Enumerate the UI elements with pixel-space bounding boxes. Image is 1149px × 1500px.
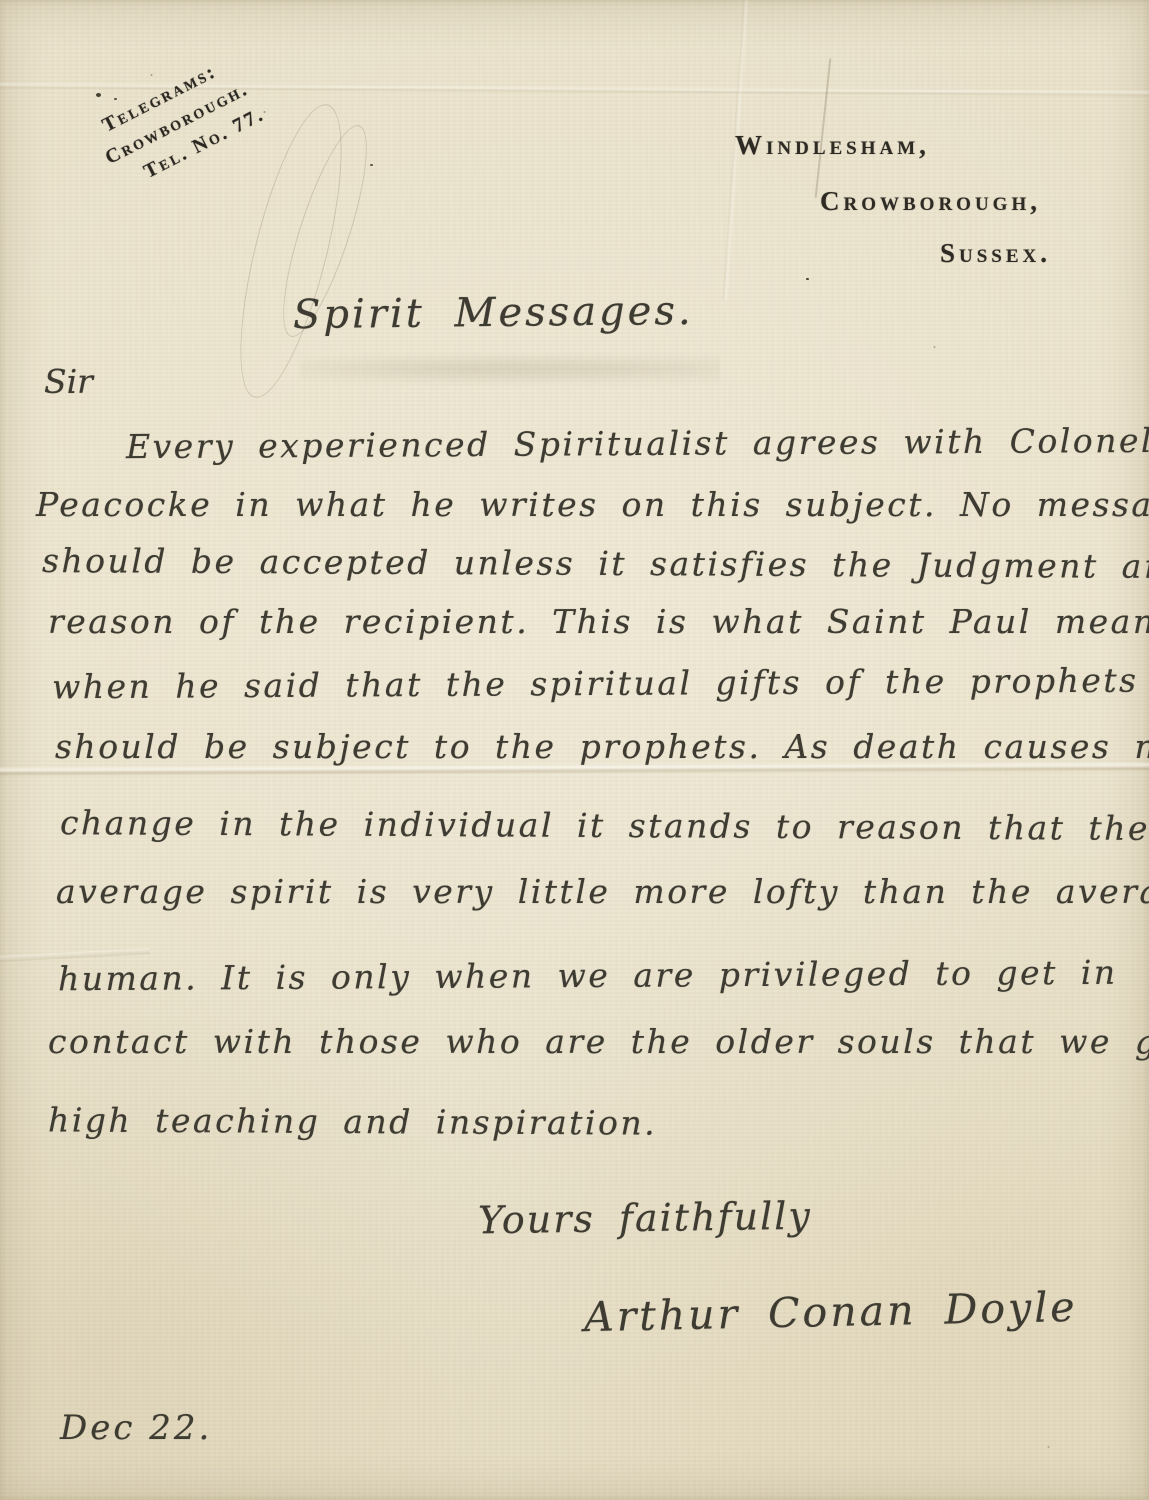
letter-body-line: high teaching and inspiration. bbox=[48, 1100, 657, 1142]
ink-flecks bbox=[96, 93, 101, 97]
telegrams-stamp: Telegrams: Crowborough. Tel. No. 77. bbox=[88, 46, 270, 198]
paper-scratch bbox=[815, 58, 832, 197]
signature: Arthur Conan Doyle bbox=[584, 1283, 1078, 1341]
letter-body-line: contact with those who are the older sou… bbox=[48, 1022, 1149, 1061]
letter-body-line: should be subject to the prophets. As de… bbox=[55, 727, 1149, 766]
letter-title: Spirit Messages. bbox=[293, 288, 694, 338]
letterhead-address-line: Crowborough, bbox=[820, 186, 1041, 217]
letterhead-address-line: Windlesham, bbox=[735, 130, 930, 161]
letter-body-line: reason of the recipient. This is what Sa… bbox=[48, 602, 1149, 641]
letter-page: Telegrams: Crowborough. Tel. No. 77. Win… bbox=[0, 0, 1149, 1500]
letterhead-address-line: Sussex. bbox=[940, 238, 1051, 269]
letter-date: Dec 22. bbox=[60, 1408, 212, 1448]
letter-body-line: Every experienced Spiritualist agrees wi… bbox=[126, 421, 1149, 466]
ink-ghost-smudge bbox=[300, 352, 720, 386]
letter-body-line: average spirit is very little more lofty… bbox=[56, 872, 1149, 911]
salutation: Sir bbox=[44, 362, 93, 401]
letter-body-line: when he said that the spiritual gifts of… bbox=[52, 661, 1139, 707]
closing: Yours faithfully bbox=[478, 1194, 812, 1243]
letter-body-line: should be accepted unless it satisfies t… bbox=[42, 541, 1149, 586]
letter-body-line: human. It is only when we are privileged… bbox=[58, 953, 1118, 998]
letter-body-line: Peacocke in what he writes on this subje… bbox=[36, 485, 1149, 524]
letter-body-line: change in the individual it stands to re… bbox=[60, 803, 1149, 848]
